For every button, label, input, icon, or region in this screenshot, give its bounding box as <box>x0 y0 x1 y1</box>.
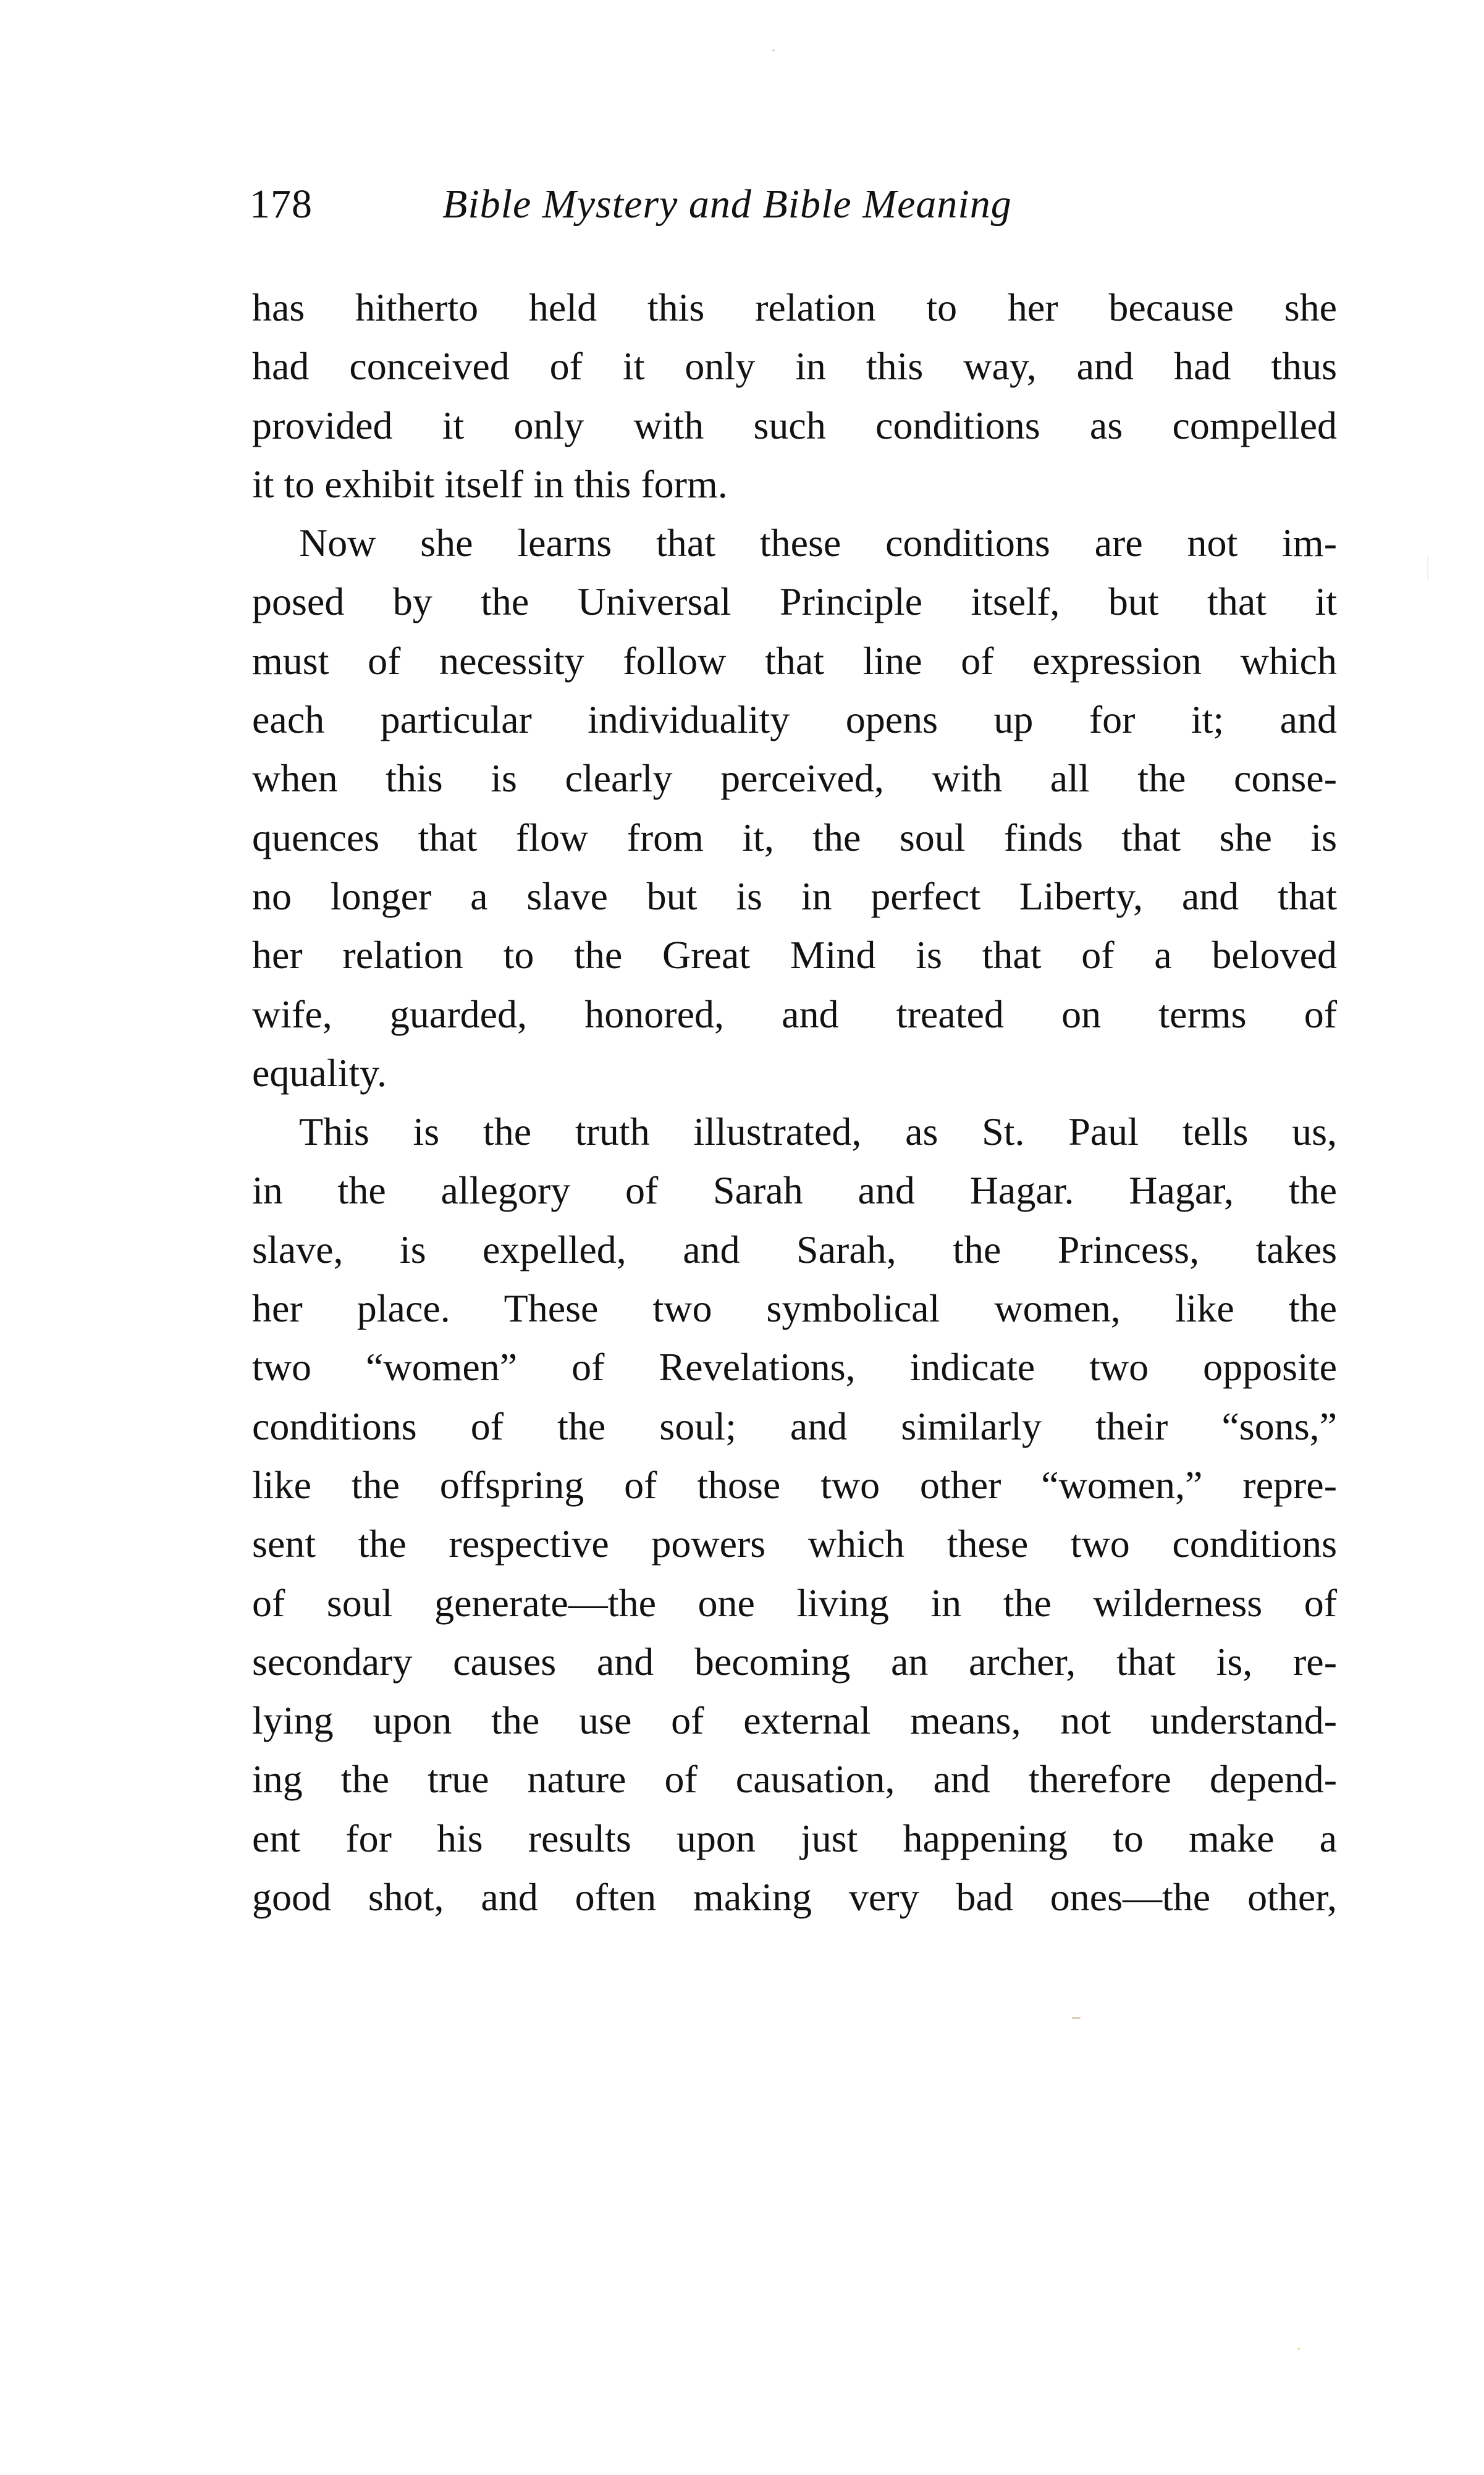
text-line: has hitherto held this relation to her b… <box>252 278 1337 337</box>
text-line: slave, is expelled, and Sarah, the Princ… <box>252 1220 1337 1279</box>
text-line: must of necessity follow that line of ex… <box>252 631 1337 690</box>
text-line: when this is clearly perceived, with all… <box>252 749 1337 807</box>
text-line: sent the respective powers which these t… <box>252 1514 1337 1573</box>
text-line: like the offspring of those two other “w… <box>252 1456 1337 1514</box>
page-number: 178 <box>250 177 313 232</box>
text-line: each particular individuality opens up f… <box>252 690 1337 749</box>
text-line: her place. These two symbolical women, l… <box>252 1279 1337 1338</box>
text-line: had conceived of it only in this way, an… <box>252 337 1337 395</box>
paragraph-2: Now she learns that these conditions are… <box>252 513 1337 1102</box>
text-line: quences that flow from it, the soul find… <box>252 808 1337 867</box>
text-line: Now she learns that these conditions are… <box>252 513 1337 572</box>
text-line: wife, guarded, honored, and treated on t… <box>252 985 1337 1044</box>
text-line: ent for his results upon just happening … <box>252 1809 1337 1868</box>
text-line: conditions of the soul; and similarly th… <box>252 1397 1337 1456</box>
text-line: of soul generate—the one living in the w… <box>252 1574 1337 1632</box>
scan-speck <box>1427 556 1428 581</box>
running-title: Bible Mystery and Bible Meaning <box>442 177 1012 232</box>
text-line: good shot, and often making very bad one… <box>252 1868 1337 1926</box>
text-line: This is the truth illustrated, as St. Pa… <box>252 1102 1337 1161</box>
text-line: lying upon the use of external means, no… <box>252 1691 1337 1750</box>
text-line: it to exhibit itself in this form. <box>252 455 1337 513</box>
text-line: posed by the Universal Principle itself,… <box>252 572 1337 631</box>
text-line: secondary causes and becoming an archer,… <box>252 1632 1337 1691</box>
running-header: 178 Bible Mystery and Bible Meaning <box>250 177 1337 232</box>
paragraph-1: has hitherto held this relation to her b… <box>252 278 1337 513</box>
scan-speck <box>772 49 775 51</box>
text-line: ing the true nature of causation, and th… <box>252 1750 1337 1808</box>
text-line: her relation to the Great Mind is that o… <box>252 925 1337 984</box>
text-line: two “women” of Revelations, indicate two… <box>252 1338 1337 1396</box>
text-line: equality. <box>252 1044 1337 1102</box>
body-text: has hitherto held this relation to her b… <box>252 278 1337 1926</box>
book-page: 178 Bible Mystery and Bible Meaning has … <box>0 0 1484 2475</box>
text-line: provided it only with such conditions as… <box>252 396 1337 455</box>
text-line: in the allegory of Sarah and Hagar. Haga… <box>252 1161 1337 1220</box>
scan-speck <box>1072 2017 1081 2019</box>
text-line: no longer a slave but is in perfect Libe… <box>252 867 1337 925</box>
scan-speck <box>1297 2348 1300 2350</box>
paragraph-3: This is the truth illustrated, as St. Pa… <box>252 1102 1337 1926</box>
